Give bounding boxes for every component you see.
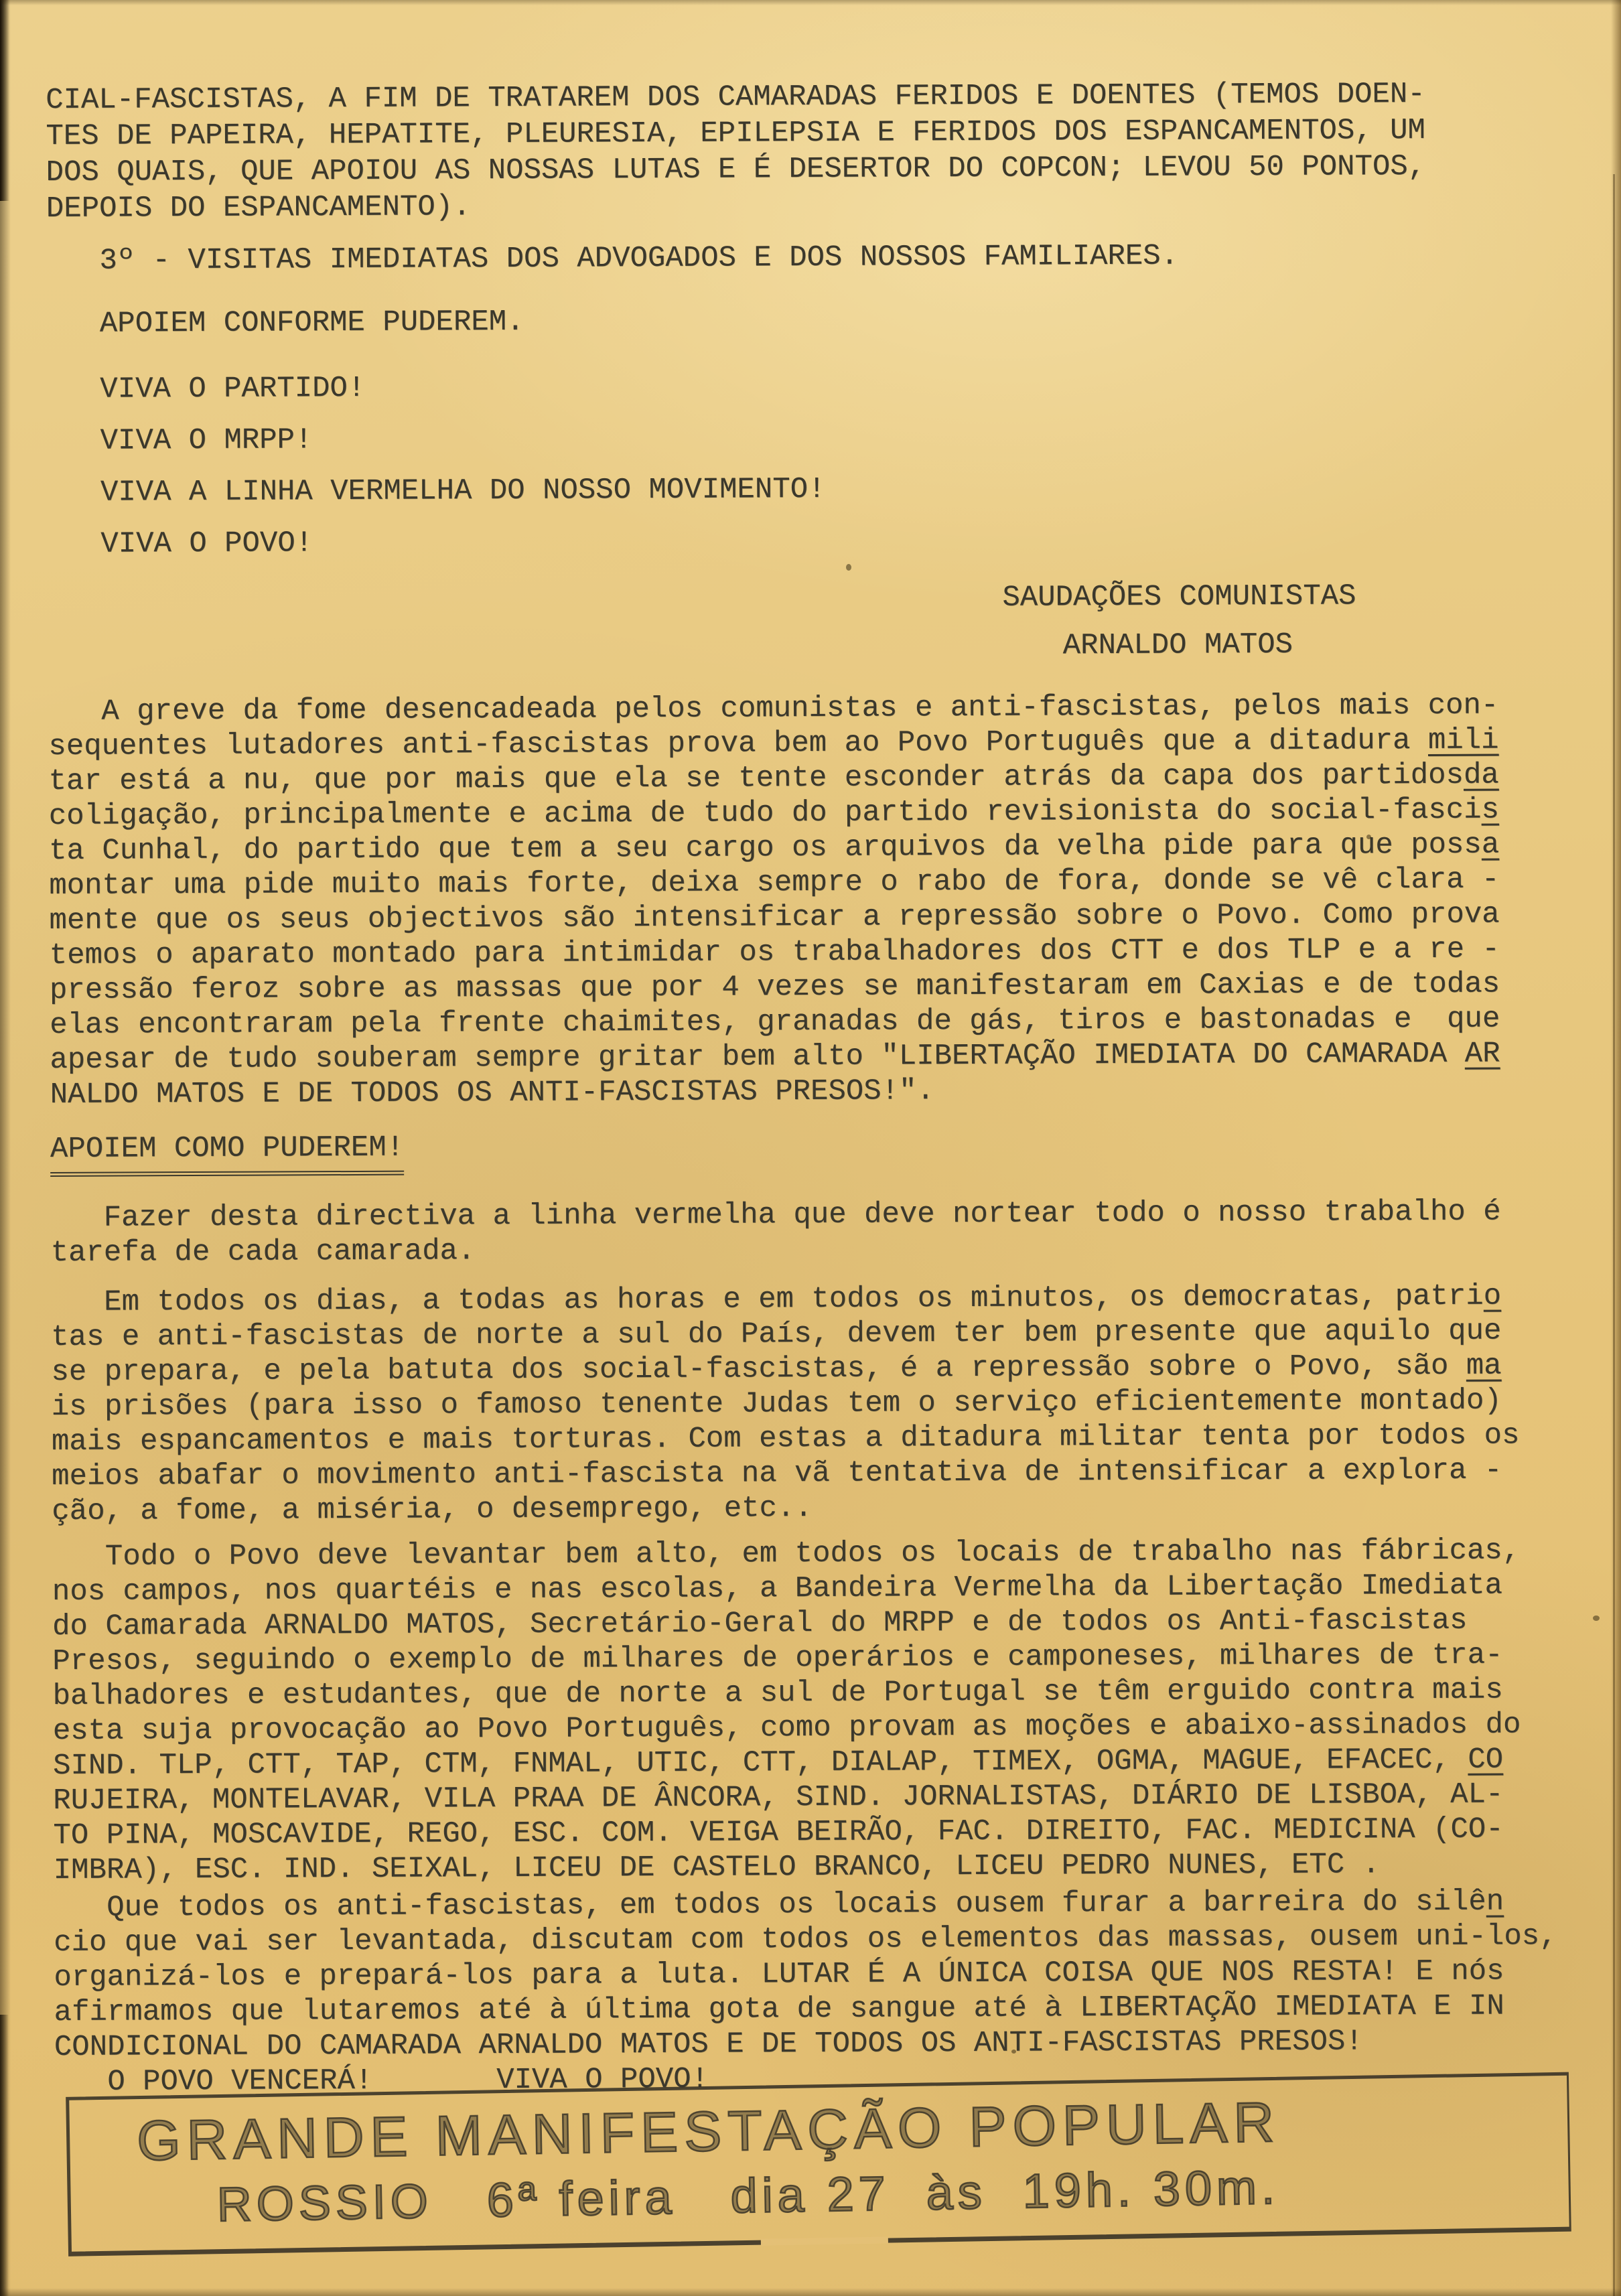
heading-apoiem-como: APOIEM COMO PUDEREM!: [50, 1130, 404, 1177]
text-line: elas encontraram pela frente chaimites, …: [50, 1002, 1500, 1043]
paper-speck: [1011, 2050, 1016, 2054]
text-line: Em todos os dias, a todas as horas e em …: [51, 1279, 1519, 1320]
signature-salutation: SAUDAÇÕES COMUNISTAS: [1002, 572, 1356, 622]
text-line: APOIEM CONFORME PUDEREM.: [47, 304, 524, 342]
scan-edge-left-bottom-sliver: [0, 2015, 9, 2296]
paragraph-que-todos: Que todos os anti-fascistas, em todos os…: [54, 1884, 1558, 2100]
text-line: pressão feroz sobre as massas que por 4 …: [50, 967, 1500, 1008]
text-line: is prisões (para isso o famoso tenente J…: [52, 1383, 1520, 1425]
paragraph-greve-da-fome: A greve da fome desencadeada pelos comun…: [48, 689, 1500, 1113]
text-line: se prepara, e pela batuta dos social-fas…: [51, 1348, 1519, 1390]
text-line: nos campos, nos quartéis e nas escolas, …: [52, 1568, 1521, 1609]
text-line: DEPOIS DO ESPANCAMENTO).: [46, 185, 1426, 227]
text-line: tar está a nu, que por mais que ela se t…: [48, 758, 1498, 799]
text-line: VIVA A LINHA VERMELHA DO NOSSO MOVIMENTO…: [48, 472, 826, 511]
text-line: tas e anti-fascistas de norte a sul do P…: [51, 1313, 1519, 1355]
text-line: Fazer desta directiva a linha vermelha q…: [50, 1195, 1500, 1236]
text-line: do Camarada ARNALDO MATOS, Secretário-Ge…: [52, 1603, 1521, 1644]
paper-speck: [846, 564, 851, 571]
scan-edge-right-line: [1613, 174, 1615, 2296]
text-line: NALDO MATOS E DE TODOS OS ANTI-FASCISTAS…: [50, 1072, 1500, 1113]
scan-edge-left-top-sliver: [0, 0, 9, 201]
signature-block: SAUDAÇÕES COMUNISTAS ARNALDO MATOS: [48, 572, 1356, 674]
text-line: CONDICIONAL DO CAMARADA ARNALDO MATOS E …: [54, 2023, 1558, 2065]
text-line: Presos, seguindo o exemplo de milhares d…: [52, 1638, 1521, 1679]
text-line: mais espancamentos e mais torturas. Com …: [52, 1418, 1520, 1459]
paragraph-em-todos-os-dias: Em todos os dias, a todas as horas e em …: [51, 1279, 1520, 1529]
scan-edge-bottom-shadow: [0, 2288, 1621, 2296]
apoiem-conforme-line: APOIEM CONFORME PUDEREM.: [47, 304, 524, 342]
text-line: TO PINA, MOSCAVIDE, REGO, ESC. COM. VEIG…: [53, 1812, 1521, 1853]
text-line: apesar de tudo souberam sempre gritar be…: [50, 1037, 1500, 1078]
slogans-list: VIVA O PARTIDO! VIVA O MRPP! VIVA A LINH…: [47, 368, 826, 578]
text-line: TES DE PAPEIRA, HEPATITE, PLEURESIA, EPI…: [46, 113, 1425, 155]
text-line: montar uma pide muito mais forte, deixa …: [49, 863, 1499, 904]
text-line: balhadores e estudantes, que de norte a …: [52, 1672, 1521, 1714]
text-line: VIVA O PARTIDO!: [47, 368, 825, 408]
scan-edge-left-shadow: [0, 0, 11, 2296]
scanned-leaflet-page: CIAL-FASCISTAS, A FIM DE TRATAREM DOS CA…: [0, 0, 1621, 2296]
paper-speck: [1366, 835, 1371, 839]
text-line: VIVA O MRPP!: [47, 420, 825, 459]
text-line: ta Cunhal, do partido que tem a seu carg…: [49, 828, 1499, 869]
text-line: tarefa de cada camarada.: [51, 1230, 1501, 1271]
paragraph-fazer-directiva: Fazer desta directiva a linha vermelha q…: [50, 1195, 1501, 1271]
item-3-line: 3º - VISITAS IMEDIATAS DOS ADVOGADOS E D…: [46, 238, 1178, 279]
text-line: coligação, principalmente e acima de tud…: [49, 793, 1499, 834]
text-line: sequentes lutadores anti-fascistas prova…: [48, 723, 1498, 764]
text-line: meios abafar o movimento anti-fascista n…: [52, 1453, 1520, 1494]
text-line: SIND. TLP, CTT, TAP, CTM, FNMAL, UTIC, C…: [53, 1742, 1521, 1784]
text-line: ção, a fome, a miséria, o desemprego, et…: [52, 1488, 1520, 1529]
text-line: mente que os seus objectivos são intensi…: [49, 898, 1499, 938]
document-body: CIAL-FASCISTAS, A FIM DE TRATAREM DOS CA…: [0, 0, 1621, 2296]
continued-paragraph-caps: CIAL-FASCISTAS, A FIM DE TRATAREM DOS CA…: [46, 76, 1425, 227]
text-line: Todo o Povo deve levantar bem alto, em t…: [52, 1533, 1521, 1575]
text-line: RUJEIRA, MONTELAVAR, VILA PRAA DE ÂNCORA…: [53, 1777, 1521, 1818]
paper-speck: [1593, 1616, 1600, 1621]
text-line: temos o aparato montado para intimidar o…: [50, 932, 1500, 973]
paragraph-todo-o-povo: Todo o Povo deve levantar bem alto, em t…: [52, 1533, 1522, 1888]
scan-edge-top-shadow: [0, 0, 1621, 5]
text-line: IMBRA), ESC. IND. SEIXAL, LICEU DE CASTE…: [54, 1847, 1522, 1888]
text-line: DOS QUAIS, QUE APOIOU AS NOSSAS LUTAS E …: [46, 149, 1426, 191]
underlined-heading: APOIEM COMO PUDEREM!: [50, 1130, 404, 1177]
text-line: CIAL-FASCISTAS, A FIM DE TRATAREM DOS CA…: [46, 76, 1425, 119]
manifestation-banner-box: GRANDE MANIFESTAÇÃO POPULAR ROSSIO 6ª fe…: [66, 2072, 1571, 2256]
text-line: esta suja provocação ao Povo Português, …: [53, 1707, 1521, 1749]
paper-speck: [429, 1721, 433, 1725]
text-line: A greve da fome desencadeada pelos comun…: [48, 689, 1498, 729]
text-line: VIVA O POVO!: [48, 523, 826, 563]
text-line: 3º - VISITAS IMEDIATAS DOS ADVOGADOS E D…: [46, 238, 1178, 279]
signature-name: ARNALDO MATOS: [1063, 620, 1356, 670]
